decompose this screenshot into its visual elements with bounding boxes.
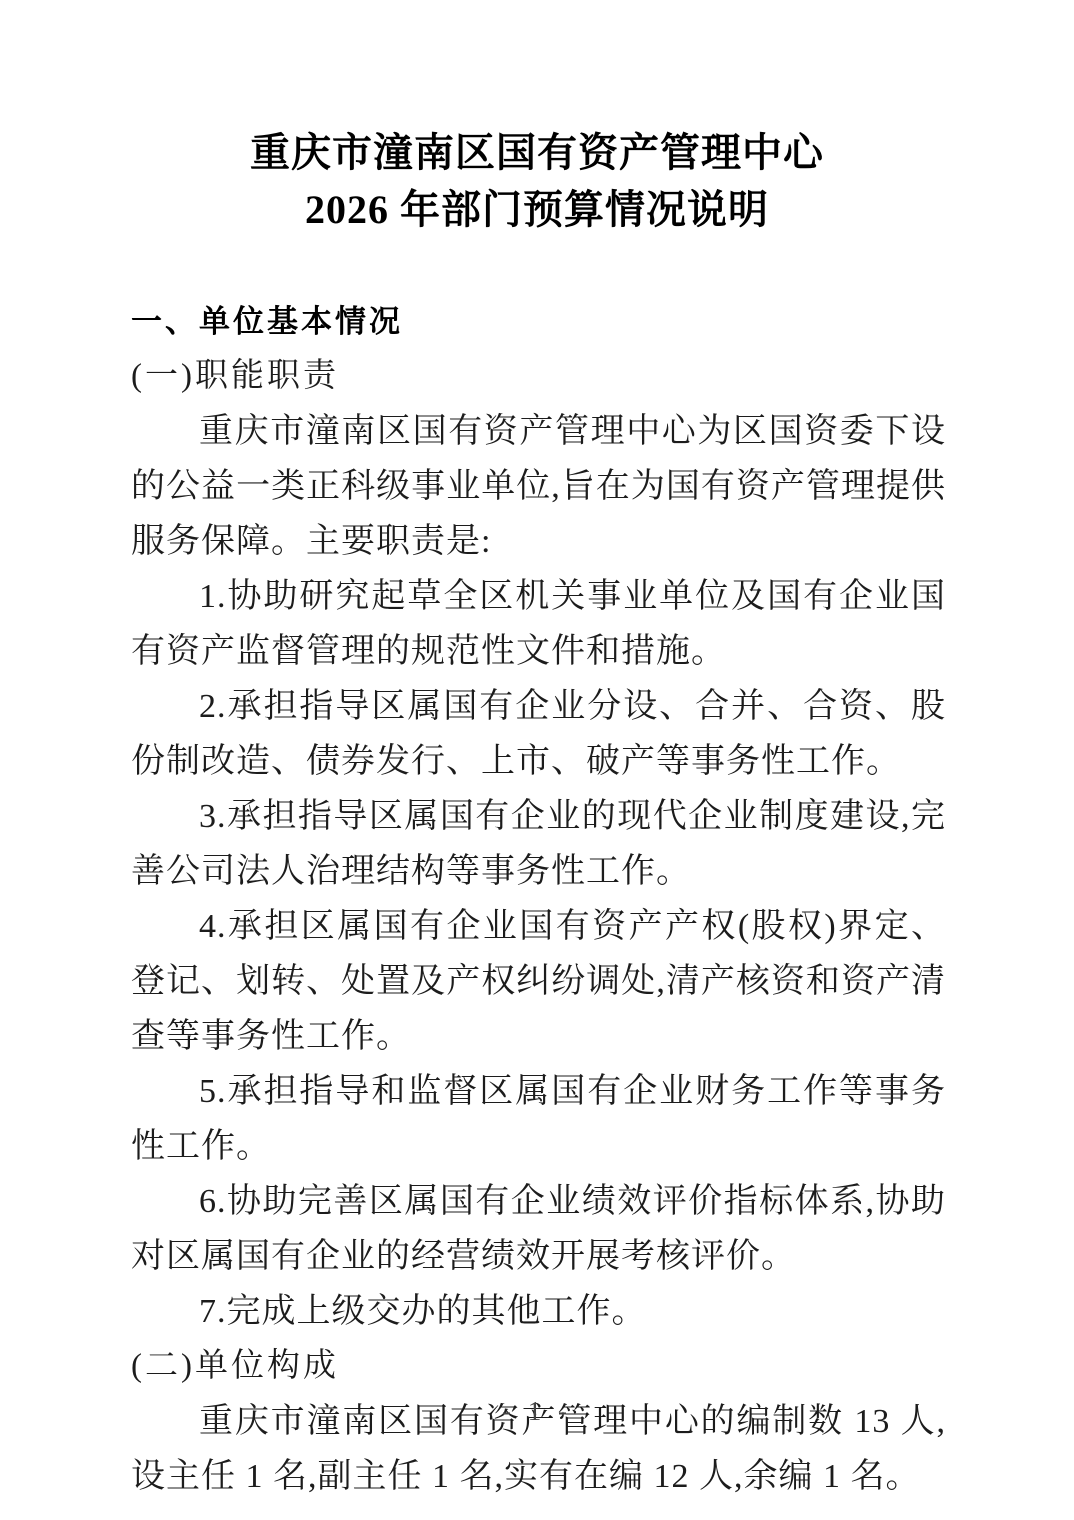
document-title: 重庆市潼南区国有资产管理中心 2026 年部门预算情况说明 — [0, 0, 1074, 238]
paragraph-duty-5: 5.承担指导和监督区属国有企业财务工作等事务性工作。 — [131, 1064, 946, 1174]
paragraph-duty-7: 7.完成上级交办的其他工作。 — [131, 1284, 946, 1339]
title-line-2: 2026 年部门预算情况说明 — [0, 181, 1074, 238]
title-line-1: 重庆市潼南区国有资产管理中心 — [0, 124, 1074, 181]
paragraph-duty-1: 1.协助研究起草全区机关事业单位及国有企业国有资产监督管理的规范性文件和措施。 — [131, 569, 946, 679]
paragraph-duty-2: 2.承担指导区属国有企业分设、合并、合资、股份制改造、债券发行、上市、破产等事务… — [131, 679, 946, 789]
page-number: - 1 - — [0, 1396, 1074, 1427]
paragraph-duties-intro: 重庆市潼南区国有资产管理中心为区国资委下设的公益一类正科级事业单位,旨在为国有资… — [131, 404, 946, 569]
document-body: 一、单位基本情况 (一)职能职责 重庆市潼南区国有资产管理中心为区国资委下设的公… — [131, 294, 946, 1504]
paragraph-duty-4: 4.承担区属国有企业国有资产产权(股权)界定、登记、划转、处置及产权纠纷调处,清… — [131, 899, 946, 1064]
paragraph-duty-3: 3.承担指导区属国有企业的现代企业制度建设,完善公司法人治理结构等事务性工作。 — [131, 789, 946, 899]
subsection-heading-duties: (一)职能职责 — [131, 349, 946, 404]
paragraph-duty-6: 6.协助完善区属国有企业绩效评价指标体系,协助对区属国有企业的经营绩效开展考核评… — [131, 1174, 946, 1284]
subsection-heading-composition: (二)单位构成 — [131, 1339, 946, 1394]
document-page: 重庆市潼南区国有资产管理中心 2026 年部门预算情况说明 一、单位基本情况 (… — [0, 0, 1074, 1520]
section-heading-basic-info: 一、单位基本情况 — [131, 294, 946, 349]
